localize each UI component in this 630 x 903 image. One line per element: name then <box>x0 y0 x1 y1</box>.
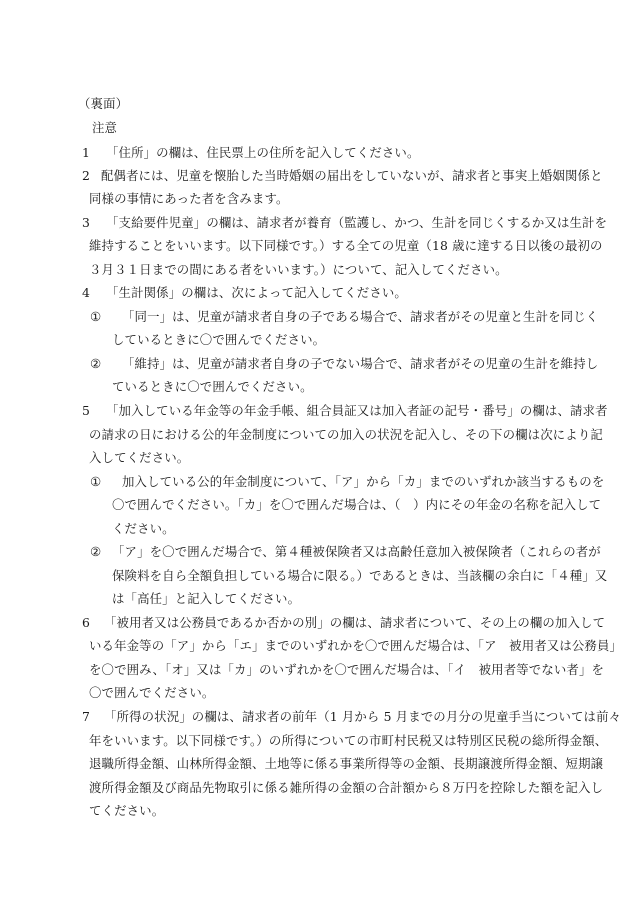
subitem-text: ください。 <box>112 521 175 537</box>
item-number: 7 <box>82 709 90 725</box>
subitem-text: 「維持」は、児童が請求者自身の子でない場合で、請求者がその児童の生計を維持し <box>122 356 598 372</box>
subitem-text: 「同一」は、児童が請求者自身の子である場合で、請求者がその児童と生計を同じく <box>122 309 598 325</box>
subitem-text: ているときに〇で囲んでください。 <box>112 379 313 395</box>
item-text: いる年金等の「ア」から「エ」までのいずれかを〇で囲んだ場合は、「ア 被用者又は公… <box>89 638 622 654</box>
side-label: （裏面） <box>78 96 128 112</box>
item-text: 〇で囲んでください。 <box>89 685 214 701</box>
item-text: を〇で囲み、「オ」又は「カ」のいずれかを〇で囲んだ場合は、「イ 被用者等でない者… <box>89 662 604 678</box>
item-text: 「被用者又は公務員であるか否かの別」の欄は、請求者について、その上の欄の加入して <box>104 615 605 631</box>
item-text: 入してください。 <box>89 450 189 466</box>
document-page: （裏面） 注意 1 「住所」の欄は、住民票上の住所を記入してください。 2 配偶… <box>0 0 630 903</box>
item-text: ３月３１日までの間にある者をいいます。）について、記入してください。 <box>89 262 508 278</box>
item-text: 「支給要件児童」の欄は、請求者が養育（監護し、かつ、生計を同じくするか又は生計を <box>106 215 607 231</box>
subitem-number: ② <box>90 544 101 560</box>
item-text: てください。 <box>89 803 164 819</box>
subitem-text: しているときに〇で囲んでください。 <box>112 332 325 348</box>
subitem-text: 「ア」を〇で囲んだ場合で、第４種被保険者又は高齢任意加入被保険者（これらの者が <box>112 544 601 560</box>
item-number: 1 <box>82 145 90 161</box>
item-number: 5 <box>82 403 90 419</box>
item-number: 6 <box>82 615 90 631</box>
item-text: 維持することをいいます。以下同様です。）する全ての児童（18 歳に達する日以後の… <box>89 238 603 254</box>
item-number: 2 <box>82 168 90 184</box>
item-text: 同様の事情にあった者を含みます。 <box>89 191 289 207</box>
subitem-text: 加入している公的年金制度について、「ア」から「カ」までのいずれか該当するものを <box>122 474 604 490</box>
item-text: 年をいいます。以下同様です。）の所得についての市町村民税又は特別区民税の総所得金… <box>89 733 607 749</box>
item-number: 3 <box>82 215 90 231</box>
item-number: 4 <box>82 285 90 301</box>
subitem-text: 〇で囲んでください。「カ」を〇で囲んだ場合は、（ ）内にその年金の名称を記入して <box>112 497 601 513</box>
item-text: 配偶者には、児童を懐胎した当時婚姻の届出をしていないが、請求者と事実上婚姻関係と <box>101 168 603 184</box>
subitem-number: ② <box>90 356 101 372</box>
subitem-text: 保険料を自ら全額負担している場合に限る。）であるときは、当該欄の余白に「４種」又 <box>112 568 607 584</box>
item-text: 渡所得金額及び商品先物取引に係る雑所得の金額の合計額から８万円を控除した額を記入… <box>89 780 603 796</box>
subitem-number: ① <box>90 474 101 490</box>
item-text: 「所得の状況」の欄は、請求者の前年（1 月から 5 月までの月分の児童手当につい… <box>104 709 621 725</box>
subitem-text: は「高任」と記入してください。 <box>112 591 300 607</box>
section-heading: 注意 <box>92 120 117 136</box>
item-text: 「住所」の欄は、住民票上の住所を記入してください。 <box>106 145 420 161</box>
item-text: 「生計関係」の欄は、次によって記入してください。 <box>106 285 407 301</box>
item-text: 退職所得金額、山林所得金額、土地等に係る事業所得等の金額、長期譲渡所得金額、短期… <box>89 756 603 772</box>
item-text: の請求の日における公的年金制度についての加入の状況を記入し、その下の欄は次により… <box>89 427 603 443</box>
item-text: 「加入している年金等の年金手帳、組合員証又は加入者証の記号・番号」の欄は、請求者 <box>106 403 608 419</box>
subitem-number: ① <box>90 309 101 325</box>
